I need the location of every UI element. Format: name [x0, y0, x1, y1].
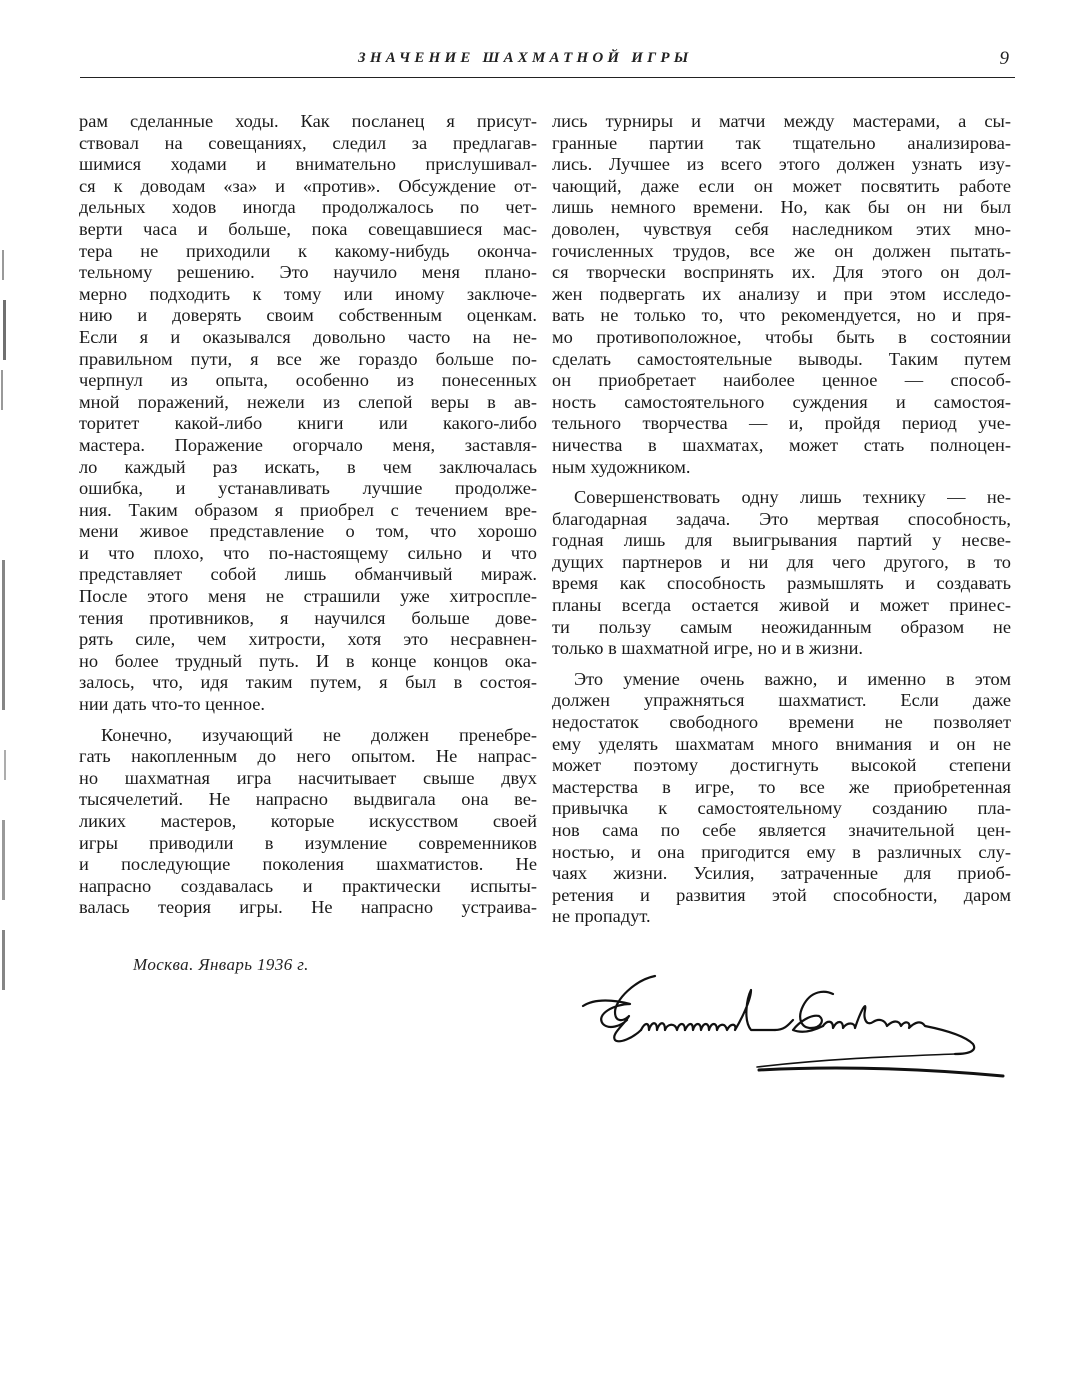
- text-line: шимися ходами и внимательно прислушивал-: [79, 154, 537, 176]
- page-number: 9: [1000, 48, 1010, 70]
- text-line: ничества в шахматах, может стать полноце…: [552, 435, 1011, 457]
- text-line: должен упражняться шахматист. Если даже: [552, 690, 1011, 712]
- text-line: ся к доводам «за» и «против». Обсуждение…: [79, 176, 537, 198]
- text-line: ствовал на совещаниях, следил за предлаг…: [79, 133, 537, 155]
- header-rule: [80, 77, 1015, 78]
- signature-image: [575, 960, 1015, 1085]
- text-line: ошибка, и устанавливать лучшие продолже-: [79, 478, 537, 500]
- text-line: благодарная задача. Это мертвая способно…: [552, 509, 1011, 531]
- text-line: мной поражений, нежели из слепой веры в …: [79, 392, 537, 414]
- text-line: недостаток свободного времени не позволя…: [552, 712, 1011, 734]
- text-line: и что плохо, что по-настоящему сильно и …: [79, 543, 537, 565]
- text-line: залось, что, идя таким путем, я был в со…: [79, 672, 537, 694]
- running-header: ЗНАЧЕНИЕ ШАХМАТНОЙ ИГРЫ 9: [80, 44, 1015, 78]
- text-line: лись турниры и матчи между мастерами, а …: [552, 111, 1011, 133]
- text-line: мерно подходить к тому или иному заключе…: [79, 284, 537, 306]
- text-line: годная лишь для выигрывания партий у нес…: [552, 530, 1011, 552]
- text-line: валась теория игры. Не напрасно устраива…: [79, 897, 537, 919]
- running-title: ЗНАЧЕНИЕ ШАХМАТНОЙ ИГРЫ: [358, 50, 692, 67]
- text-line: ностью, и она пригодится ему в различных…: [552, 842, 1011, 864]
- text-line: ным художником.: [552, 457, 1011, 479]
- paragraph: Конечно, изучающий не должен пренебре- г…: [79, 725, 537, 919]
- text-line: мени живое представление о том, что хоро…: [79, 521, 537, 543]
- dateline: Москва. Январь 1936 г.: [133, 955, 309, 975]
- text-line: представляет собой лишь обманчивый мираж…: [79, 564, 537, 586]
- text-line: рять силе, чем хитрости, хотя это несрав…: [79, 629, 537, 651]
- text-line: но более трудный путь. И в конце концов …: [79, 651, 537, 673]
- text-line: ему уделять шахматам много внимания и он…: [552, 734, 1011, 756]
- text-line: тысячелетий. Не напрасно выдвигала она в…: [79, 789, 537, 811]
- text-line: ретения и развития этой способности, дар…: [552, 885, 1011, 907]
- text-line: планы всегда остается живой и может прин…: [552, 595, 1011, 617]
- text-line: мо противоположное, чтобы быть в состоян…: [552, 327, 1011, 349]
- text-line: ликих мастеров, которые искусством своей: [79, 811, 537, 833]
- right-column: лись турниры и матчи между мастерами, а …: [552, 111, 1011, 928]
- text-line: он приобретает наиболее ценное — способ-: [552, 370, 1011, 392]
- text-line: только в шахматной игре, но и в жизни.: [552, 638, 1011, 660]
- text-line: вать не только то, что рекомендуется, но…: [552, 305, 1011, 327]
- text-line: ния. Таким образом я приобрел с течением…: [79, 500, 537, 522]
- text-line: тельного творчества — и, пройдя период у…: [552, 413, 1011, 435]
- text-line: гать накопленным до него опытом. Не напр…: [79, 746, 537, 768]
- text-line: ло каждый раз искать, в чем заключалась: [79, 457, 537, 479]
- text-line: нии дать что-то ценное.: [79, 694, 537, 716]
- text-line: тельному решению. Это научило меня плано…: [79, 262, 537, 284]
- text-line: тения противников, я научился больше дов…: [79, 608, 537, 630]
- text-line: рам сделанные ходы. Как посланец я прису…: [79, 111, 537, 133]
- text-line: Конечно, изучающий не должен пренебре-: [79, 725, 537, 747]
- text-line: лишь немного времени. Но, как бы он ни б…: [552, 197, 1011, 219]
- text-line: правильном пути, я все же гораздо больше…: [79, 349, 537, 371]
- paragraph-continued: лись турниры и матчи между мастерами, а …: [552, 111, 1011, 478]
- text-line: чающий, даже если он может посвятить раб…: [552, 176, 1011, 198]
- text-line: мастерства в игре, то все же приобретенн…: [552, 777, 1011, 799]
- text-line: ти пользу самым неожиданным образом не: [552, 617, 1011, 639]
- text-line: чаях жизни. Усилия, затраченные для прио…: [552, 863, 1011, 885]
- text-line: нию и доверять своим собственным оценкам…: [79, 305, 537, 327]
- text-line: После этого меня не страшили уже хитросп…: [79, 586, 537, 608]
- text-line: верти часа и больше, пока совещавшиеся м…: [79, 219, 537, 241]
- text-line: Совершенствовать одну лишь технику — не-: [552, 487, 1011, 509]
- text-line: тера не приходили к какому-нибудь оконча…: [79, 241, 537, 263]
- left-column: рам сделанные ходы. Как посланец я прису…: [79, 111, 537, 919]
- text-line: лись. Лучшее из всего этого должен узнат…: [552, 154, 1011, 176]
- text-line: жен подвергать их анализу и при этом исс…: [552, 284, 1011, 306]
- text-line: и последующие поколения шахматистов. Не: [79, 854, 537, 876]
- text-line: гочисленных трудов, все же он должен пыт…: [552, 241, 1011, 263]
- text-line: нов сама по себе является значительной ц…: [552, 820, 1011, 842]
- text-line: дущих партнеров и ни для чего другого, в…: [552, 552, 1011, 574]
- paragraph: Совершенствовать одну лишь технику — не-…: [552, 487, 1011, 660]
- text-line: может поэтому достигнуть высокой степени: [552, 755, 1011, 777]
- text-line: мастера. Поражение огорчало меня, застав…: [79, 435, 537, 457]
- text-line: черпнул из опыта, особенно из понесенных: [79, 370, 537, 392]
- text-line: Если я и оказывался довольно часто на не…: [79, 327, 537, 349]
- text-line: доволен, чувствуя себя наследником этих …: [552, 219, 1011, 241]
- text-line: ся творчески воспринять их. Для этого он…: [552, 262, 1011, 284]
- text-line: напрасно создавалась и практически испыт…: [79, 876, 537, 898]
- text-line: сделать самостоятельные выводы. Таким пу…: [552, 349, 1011, 371]
- text-line: привычка к самостоятельному созданию пла…: [552, 798, 1011, 820]
- text-line: не пропадут.: [552, 906, 1011, 928]
- text-line: торитет какой-либо книги или какого-либо: [79, 413, 537, 435]
- text-line: время как способность размышлять и созда…: [552, 573, 1011, 595]
- text-line: ность самостоятельного суждения и самост…: [552, 392, 1011, 414]
- paragraph-continued: рам сделанные ходы. Как посланец я прису…: [79, 111, 537, 716]
- scan-margin-artifacts: [0, 150, 12, 1050]
- text-line: игры приводили в изумление современников: [79, 833, 537, 855]
- text-line: Это умение очень важно, и именно в этом: [552, 669, 1011, 691]
- signature: [575, 960, 1015, 1085]
- text-line: но шахматная игра насчитывает свыше двух: [79, 768, 537, 790]
- paragraph: Это умение очень важно, и именно в этом …: [552, 669, 1011, 928]
- text-line: гранные партии так тщательно анализирова…: [552, 133, 1011, 155]
- text-line: дельных ходов иногда продолжалось по чет…: [79, 197, 537, 219]
